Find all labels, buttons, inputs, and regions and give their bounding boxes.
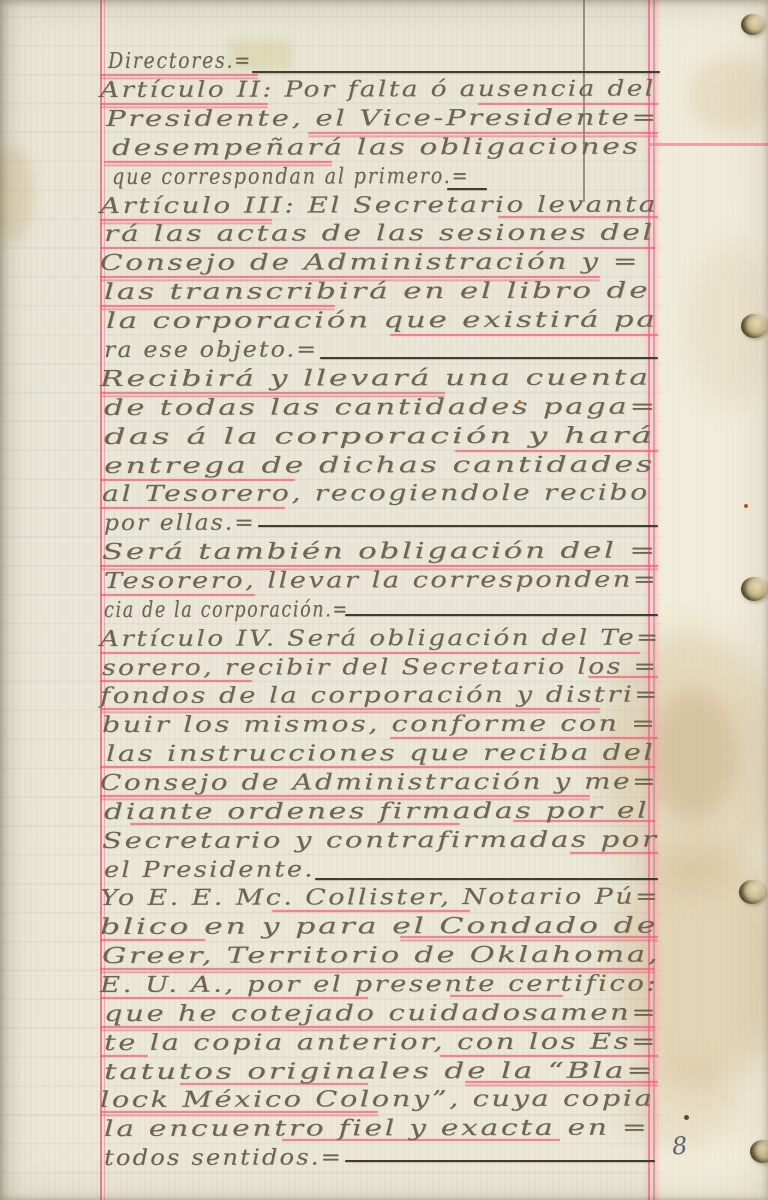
handwritten-line: Secretario y contrafirmadas por: [102, 826, 659, 856]
handwritten-line: las instrucciones que reciba del: [106, 739, 655, 769]
ink-fill-line: [345, 1160, 655, 1162]
page-number: 8: [671, 1131, 689, 1160]
handwritten-line: das á la corporación y hará: [104, 422, 655, 452]
brass-fastener: [739, 880, 765, 904]
ink-fill-line: [320, 357, 658, 359]
handwritten-line: las transcribirá en el libro de: [104, 277, 650, 307]
handwritten-line: la corporación que existirá pa: [106, 306, 658, 336]
handwritten-line: Artículo IV. Será obligación del Te=: [100, 624, 661, 654]
handwritten-line: lock México Colony”, cuya copia: [100, 1085, 654, 1115]
handwritten-line: la encuentro fiel y exacta en =: [104, 1114, 649, 1144]
handwritten-line: blico en y para el Condado de: [100, 912, 658, 942]
ink-speck: [518, 400, 521, 403]
handwritten-line: el Presidente.: [104, 855, 315, 885]
handwritten-line: Consejo de Administración y me=: [100, 768, 658, 798]
handwritten-line: que correspondan al primero.=: [112, 162, 470, 192]
handwritten-line: Artículo III: El Secretario levanta: [100, 191, 658, 221]
handwritten-line: Presidente, el Vice-Presidente=: [106, 104, 659, 134]
handwritten-line: Directores.=: [108, 47, 252, 76]
handwritten-line: todos sentidos.=: [104, 1143, 343, 1173]
handwritten-line: Greer, Territorio de Oklahoma,: [102, 941, 660, 971]
handwritten-line: Yo E. E. Mc. Collister, Notario Pú=: [100, 883, 660, 913]
handwritten-line: buir los mismos, conforme con =: [102, 710, 658, 740]
handwritten-line: de todas las cantidades paga=: [104, 393, 658, 423]
handwritten-line: entrega de dichas cantidades: [104, 451, 655, 481]
handwritten-line: Tesorero, llevar la corresponden=: [104, 566, 658, 596]
handwritten-line: tatutos originales de la “Bla=: [104, 1057, 655, 1087]
handwritten-line: E. U. A., por el presente certifico:: [100, 970, 658, 1000]
handwritten-line: ra ese objeto.=: [104, 335, 318, 365]
handwritten-line: cia de la corporación.=: [104, 595, 349, 625]
brass-fastener: [741, 577, 767, 601]
ink-fill-line: [252, 71, 660, 73]
ink-fill-line: [258, 525, 658, 527]
handwritten-line: diante ordenes firmadas por el: [104, 797, 649, 827]
handwritten-line: te la copia anterior, con los Es=: [104, 1028, 658, 1058]
handwritten-line: rá las actas de las sesiones del: [104, 219, 655, 249]
handwritten-line: sorero, recibir del Secretario los =: [102, 653, 658, 683]
handwritten-line: desempeñará las obligaciones: [112, 133, 640, 163]
stain: [0, 146, 34, 242]
ink-speck: [684, 1115, 689, 1120]
handwritten-line: Consejo de Administración y =: [100, 248, 640, 278]
brass-fastener: [741, 14, 764, 35]
scanned-manuscript-page: Directores.=Artículo II: Por falta ó aus…: [0, 0, 768, 1200]
handwritten-line: fondos de la corporación y distri=: [100, 681, 660, 711]
brass-fastener: [741, 314, 767, 338]
stain: [688, 55, 768, 135]
brass-fastener: [750, 1140, 768, 1163]
ink-fill-line: [345, 614, 658, 616]
handwritten-line: por ellas.=: [104, 509, 256, 538]
handwritten-line: Será también obligación del =: [102, 537, 658, 567]
handwritten-line: Artículo II: Por falta ó ausencia del: [100, 75, 656, 105]
handwritten-line: Recibirá y llevará una cuenta: [100, 364, 651, 394]
right-margin-horizontal-rule: [650, 143, 768, 146]
left-margin-rule: [100, 0, 102, 1200]
ink-speck: [744, 504, 748, 508]
ink-fill-line: [315, 878, 658, 880]
handwritten-line: al Tesorero, recogiendole recibo: [102, 479, 650, 509]
handwritten-line: que he cotejado cuidadosamen=: [104, 999, 658, 1029]
stain: [648, 690, 738, 820]
